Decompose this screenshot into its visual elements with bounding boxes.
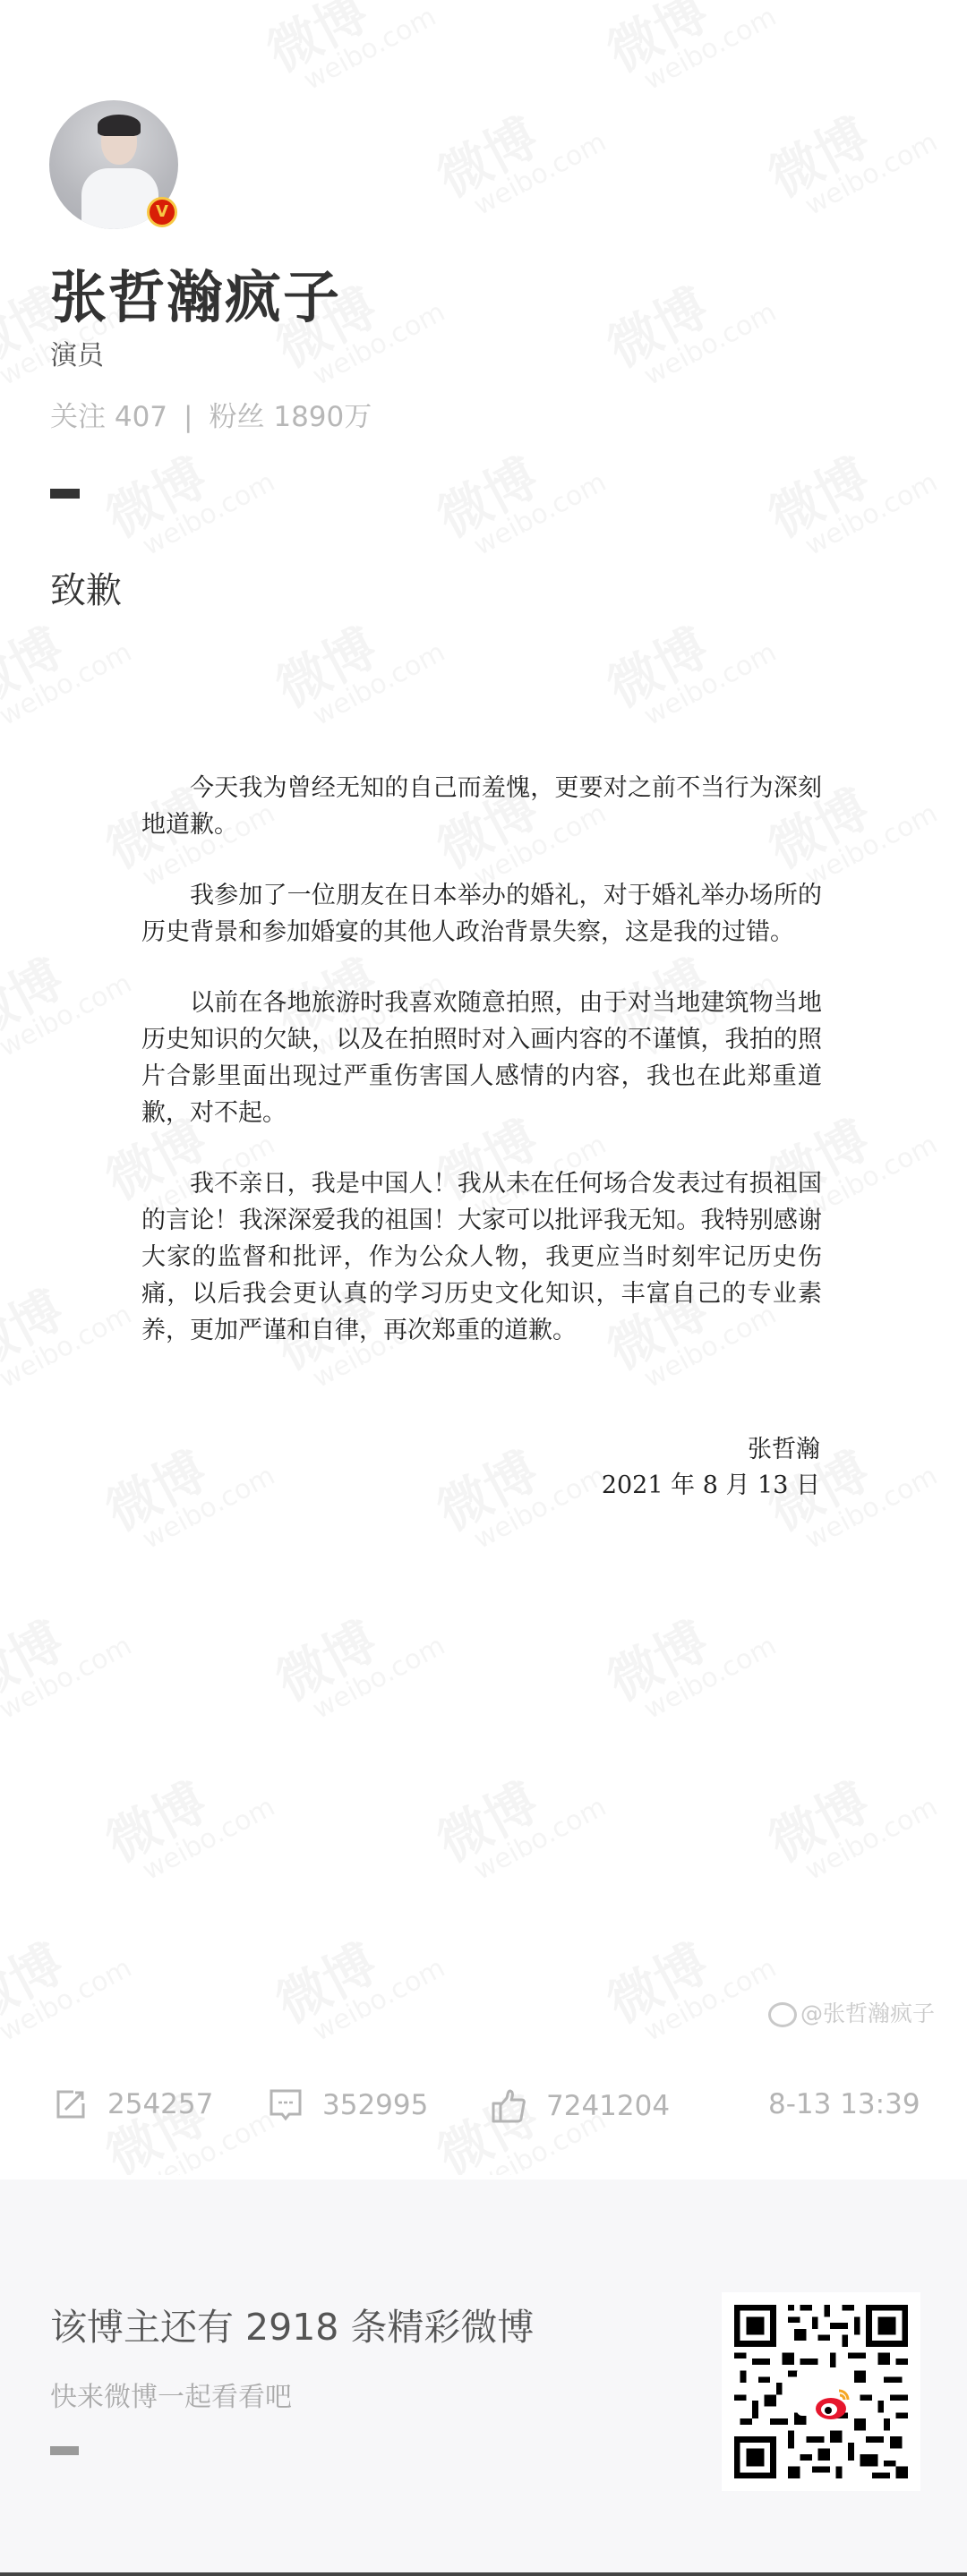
qr-code[interactable] <box>722 2292 920 2491</box>
letter-signature-block: 张哲瀚 2021 年 8 月 13 日 <box>602 1432 820 1504</box>
letter-signature: 张哲瀚 <box>602 1432 820 1468</box>
letter-date: 2021 年 8 月 13 日 <box>602 1468 820 1504</box>
repost-button[interactable]: 254257 <box>56 2088 213 2120</box>
letter-paragraph: 以前在各地旅游时我喜欢随意拍照，由于对当地建筑物当地历史知识的欠缺，以及在拍照时… <box>141 985 822 1131</box>
repost-count: 254257 <box>107 2088 213 2120</box>
stats-separator: | <box>184 401 193 433</box>
comment-count: 352995 <box>322 2089 428 2121</box>
followers-count: 1890万 <box>273 401 372 433</box>
weibo-logo-icon <box>797 2367 845 2416</box>
followers-link[interactable]: 粉丝 1890万 <box>209 401 372 433</box>
profile-name[interactable]: 张哲瀚疯子 <box>50 252 341 334</box>
action-bar: 254257 352995 7241204 8-13 13:39 <box>0 2088 967 2124</box>
weibo-logo-icon <box>768 2002 797 2027</box>
avatar-shirt <box>81 168 158 229</box>
like-button[interactable]: 7241204 <box>491 2088 670 2124</box>
following-link[interactable]: 关注 407 <box>50 401 167 433</box>
promo-headline: 该博主还有 2918 条精彩微博 <box>50 2298 534 2350</box>
bottom-edge <box>0 2572 967 2576</box>
comment-button[interactable]: 352995 <box>269 2088 428 2122</box>
profile-title: 演员 <box>50 333 104 372</box>
letter-paragraph: 我不亲日，我是中国人！我从未在任何场合发表过有损祖国的言论！我深深爱我的祖国！大… <box>141 1165 822 1349</box>
promo-subtitle: 快来微博一起看看吧 <box>50 2375 292 2414</box>
letter-paragraph: 今天我为曾经无知的自己而羞愧，更要对之前不当行为深刻地道歉。 <box>141 770 822 843</box>
like-count: 7241204 <box>546 2090 670 2122</box>
image-watermark-handle: @张哲瀚疯子 <box>768 1996 935 2028</box>
comment-icon <box>269 2088 303 2122</box>
post-timestamp: 8-13 13:39 <box>768 2088 920 2120</box>
avatar-hair <box>98 115 141 136</box>
thumbs-up-icon <box>491 2088 526 2124</box>
following-count: 407 <box>115 401 167 433</box>
promo-footer: 该博主还有 2918 条精彩微博 快来微博一起看看吧 <box>0 2179 967 2576</box>
profile-stats: 关注 407|粉丝 1890万 <box>50 394 372 434</box>
apology-letter: 今天我为曾经无知的自己而羞愧，更要对之前不当行为深刻地道歉。 我参加了一位朋友在… <box>141 770 822 1383</box>
letter-paragraph: 我参加了一位朋友在日本举办的婚礼，对于婚礼举办场所的历史背景和参加婚宴的其他人政… <box>141 877 822 951</box>
following-label: 关注 <box>50 401 106 433</box>
section-divider <box>50 489 80 499</box>
followers-label: 粉丝 <box>209 401 264 433</box>
post-title: 致歉 <box>50 562 122 613</box>
repost-icon <box>56 2089 88 2120</box>
promo-divider <box>50 2446 79 2455</box>
verified-badge-icon: V <box>147 197 177 227</box>
